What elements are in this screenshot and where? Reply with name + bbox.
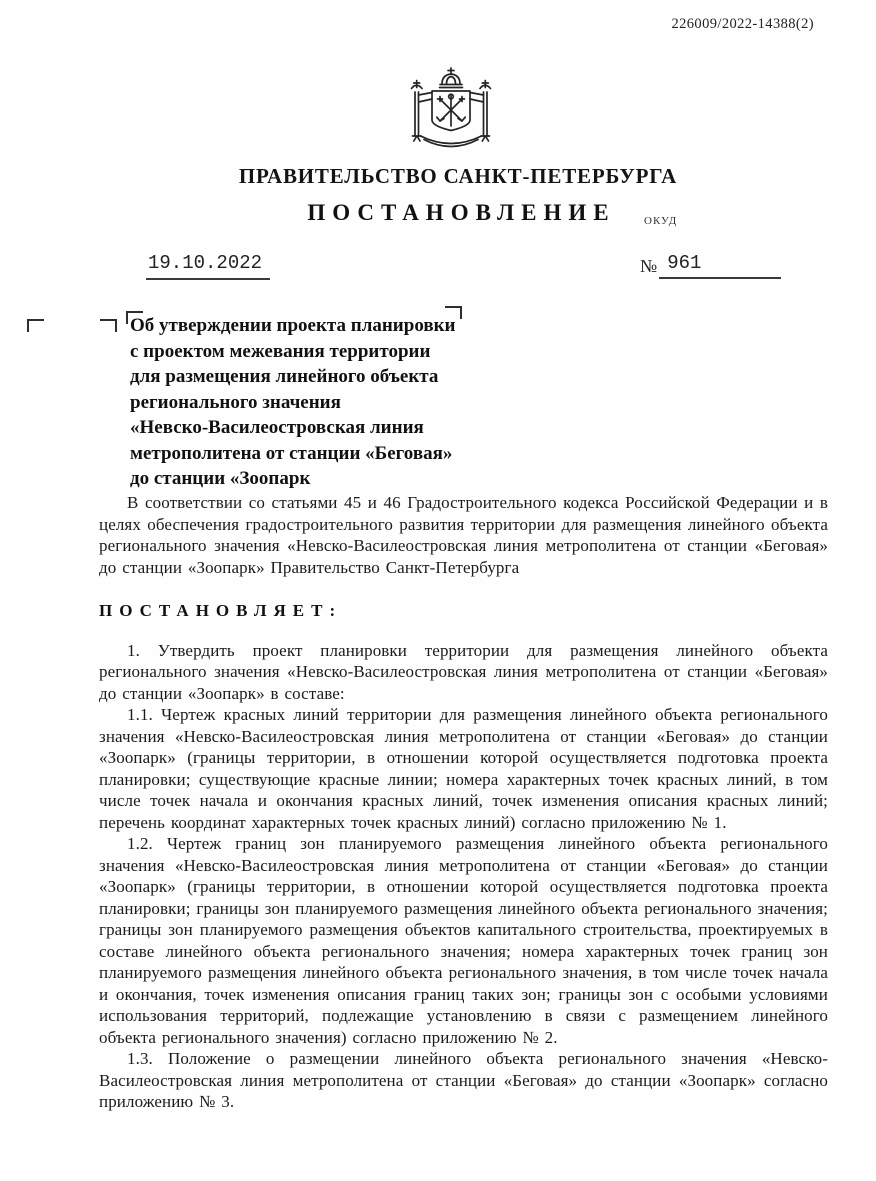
document-page: 226009/2022-14388(2): [0, 0, 876, 1181]
registration-number: 226009/2022-14388(2): [671, 16, 814, 33]
document-title: Об утверждении проекта планировки с прое…: [130, 313, 475, 492]
document-type-heading: ПОСТАНОВЛЕНИЕ: [40, 200, 876, 226]
number-field: № 961: [640, 252, 781, 279]
spb-coat-of-arms-icon: [401, 66, 501, 156]
date-field: 19.10.2022: [146, 252, 270, 280]
paragraph-1: 1. Утвердить проект планировки территори…: [99, 640, 828, 705]
okud-label: ОКУД: [644, 215, 677, 227]
paragraph-1-2: 1.2. Чертеж границ зон планируемого разм…: [99, 833, 828, 1048]
corner-mark-top-right: [100, 319, 117, 332]
document-body: В соответствии со статьями 45 и 46 Градо…: [99, 492, 828, 1113]
paragraph-1-3: 1.3. Положение о размещении линейного об…: [99, 1048, 828, 1113]
number-value: 961: [659, 252, 781, 279]
authority-name: ПРАВИТЕЛЬСТВО САНКТ-ПЕТЕРБУРГА: [40, 164, 876, 189]
intro-paragraph: В соответствии со статьями 45 и 46 Градо…: [99, 492, 828, 578]
paragraph-1-1: 1.1. Чертеж красных линий территории для…: [99, 704, 828, 833]
corner-mark-top-left: [27, 319, 44, 332]
number-sign: №: [640, 256, 657, 279]
resolves-heading: ПОСТАНОВЛЯЕТ:: [99, 600, 828, 622]
